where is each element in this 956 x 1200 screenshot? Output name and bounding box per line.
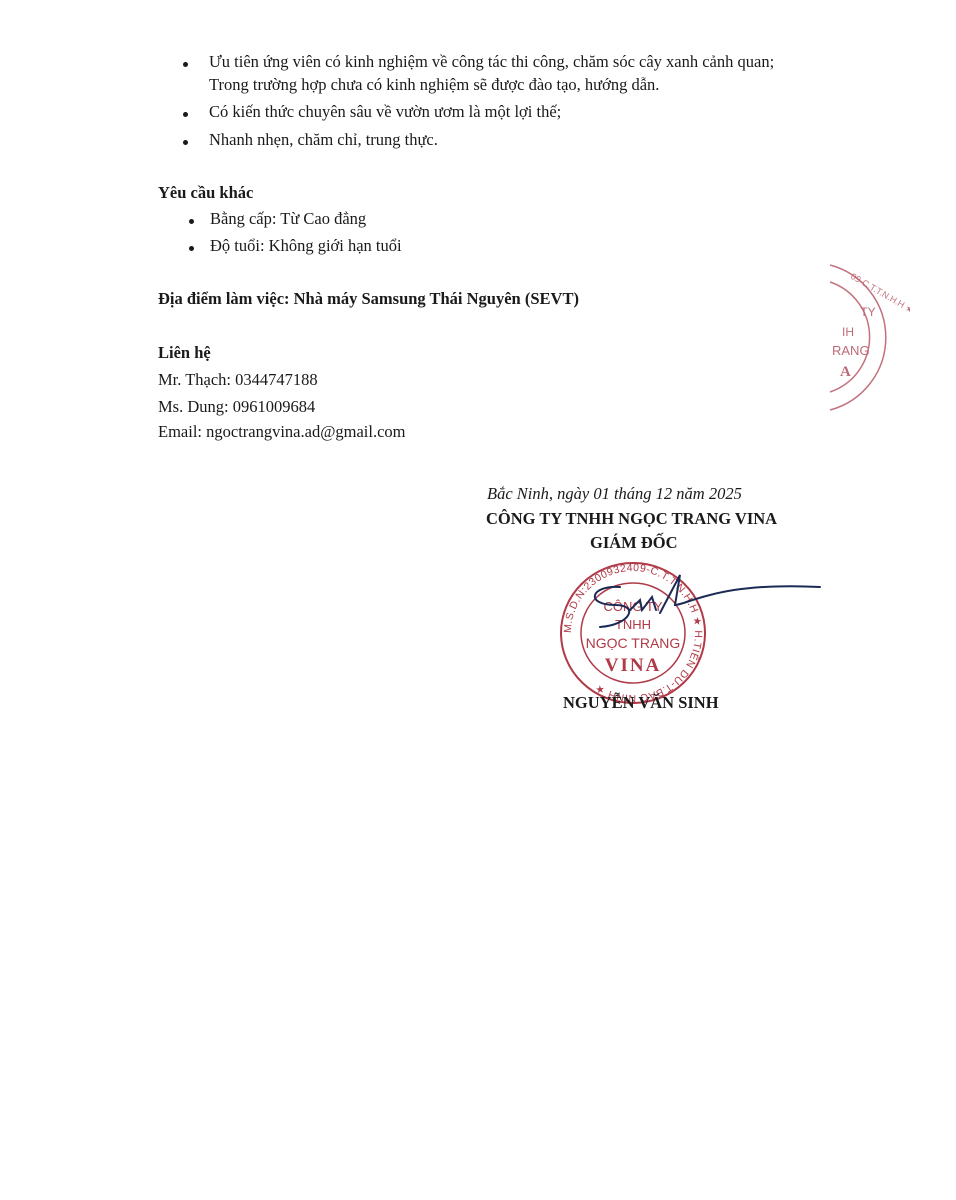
handwritten-signature xyxy=(580,565,830,645)
bullet-dot xyxy=(189,246,194,251)
company-name: CÔNG TY TNHH NGỌC TRANG VINA xyxy=(486,508,777,530)
other-requirement-age: Độ tuổi: Không giới hạn tuổi xyxy=(210,235,402,257)
svg-text:TY: TY xyxy=(860,305,875,319)
svg-text:A: A xyxy=(840,364,851,380)
contact-heading: Liên hệ xyxy=(158,342,211,364)
signatory-title: GIÁM ĐỐC xyxy=(590,532,678,554)
signatory-name: NGUYỄN VĂN SINH xyxy=(563,692,719,714)
place-date: Bắc Ninh, ngày 01 tháng 12 năm 2025 xyxy=(487,483,742,505)
bullet-dot xyxy=(183,140,188,145)
requirement-item-1-line-2: Trong trường hợp chưa có kinh nghiệm sẽ … xyxy=(209,74,659,96)
requirement-item-2: Có kiến thức chuyên sâu về vườn ươm là m… xyxy=(209,101,561,123)
bullet-dot xyxy=(189,219,194,224)
contact-phone-thach: Mr. Thạch: 0344747188 xyxy=(158,369,318,391)
requirement-item-1-line-1: Ưu tiên ứng viên có kinh nghiệm về công … xyxy=(209,51,774,73)
document-page: Ưu tiên ứng viên có kinh nghiệm về công … xyxy=(0,0,956,1200)
workplace: Địa điểm làm việc: Nhà máy Samsung Thái … xyxy=(158,288,579,310)
svg-text:09-C.T.T.N.H.H ★ BẮC NINH: 09-C.T.T.N.H.H ★ BẮC NINH xyxy=(849,271,910,338)
contact-phone-dung: Ms. Dung: 0961009684 xyxy=(158,396,315,418)
svg-text:IH: IH xyxy=(842,325,854,339)
bullet-dot xyxy=(183,112,188,117)
contact-email: Email: ngoctrangvina.ad@gmail.com xyxy=(158,421,406,443)
edge-seal-stamp: 09-C.T.T.N.H.H ★ BẮC NINH TY IH RANG A xyxy=(820,260,910,420)
other-requirement-degree: Bằng cấp: Từ Cao đẳng xyxy=(210,208,366,230)
svg-text:VINA: VINA xyxy=(605,655,662,676)
svg-text:RANG: RANG xyxy=(832,343,870,358)
requirement-item-3: Nhanh nhẹn, chăm chỉ, trung thực. xyxy=(209,129,438,151)
bullet-dot xyxy=(183,62,188,67)
other-requirements-heading: Yêu cầu khác xyxy=(158,182,253,204)
